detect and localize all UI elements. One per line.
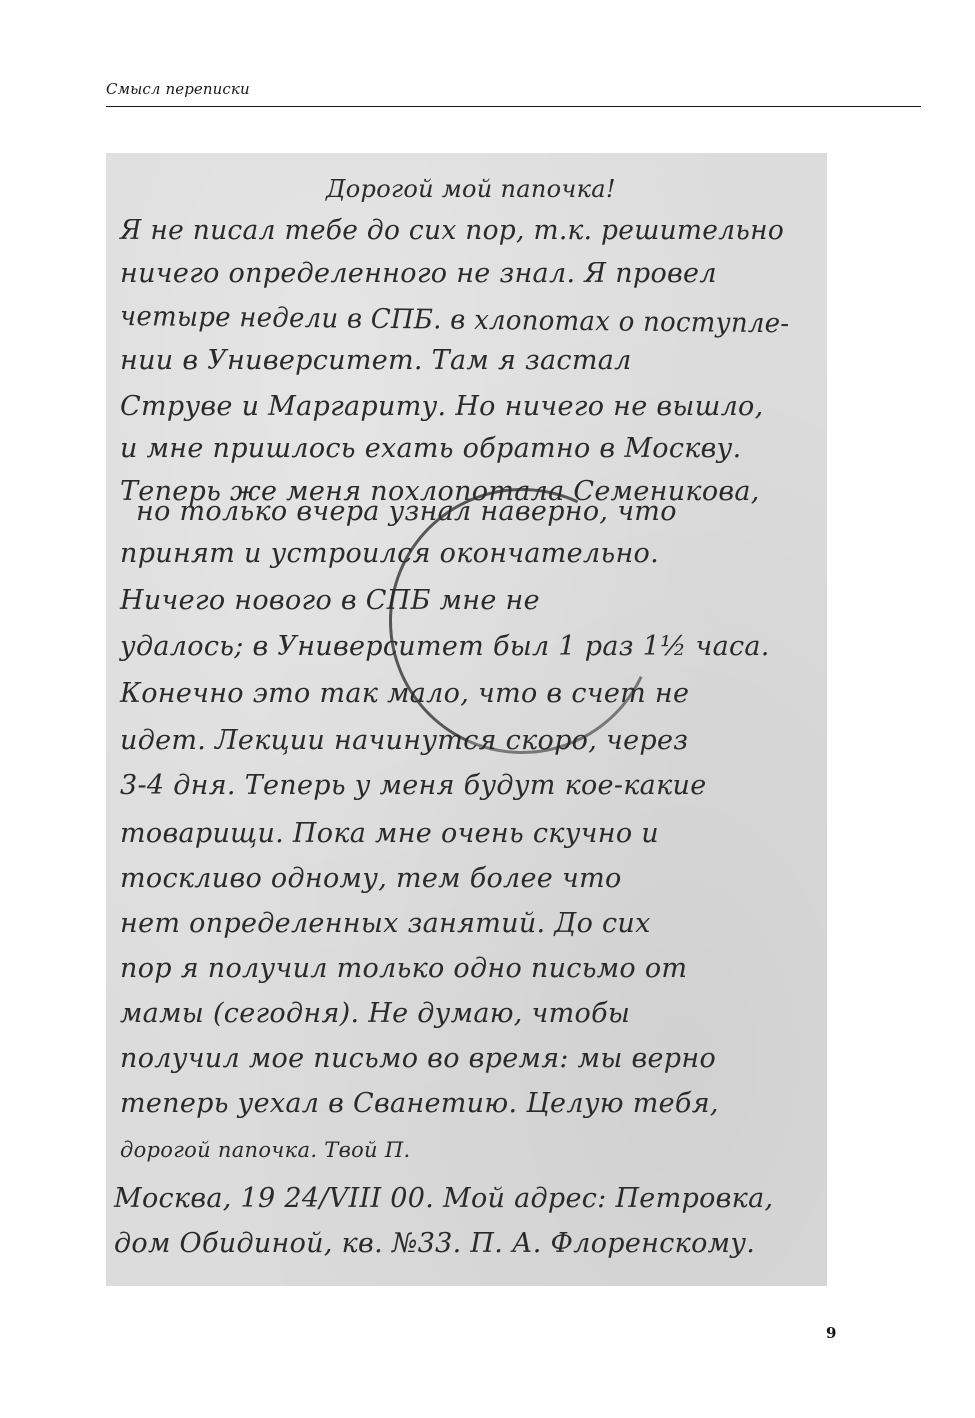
letter-line: товарищи. Пока мне очень скучно и xyxy=(120,818,659,849)
letter-line: Ничего нового в СПБ мне не xyxy=(120,585,540,616)
letter-line: мамы (сегодня). Не думаю, чтобы xyxy=(120,998,630,1029)
letter-line: пор я получил только одно письмо от xyxy=(120,953,687,984)
page-number: 9 xyxy=(826,1324,836,1342)
letter-line: теперь уехал в Сванетию. Целую тебя, xyxy=(120,1088,719,1119)
letter-line: но только вчера узнал наверно, что xyxy=(136,496,677,527)
letter-line: удалось; в Университет был 1 раз 1½ часа… xyxy=(120,631,770,662)
letter-line: тоскливо одному, тем более что xyxy=(120,863,622,894)
letter-line: нии в Университет. Там я застал xyxy=(120,345,632,376)
letter-line: принят и устроился окончательно. xyxy=(120,538,659,569)
letter-address-date: Москва, 19 24/VIII 00. Мой адрес: Петров… xyxy=(114,1183,773,1214)
letter-line: ничего определенного не знал. Я провел xyxy=(120,258,717,289)
header-rule xyxy=(106,106,921,107)
letter-greeting: Дорогой мой папочка! xyxy=(326,175,616,203)
letter-signature: дорогой папочка. Твой П. xyxy=(120,1138,410,1162)
letter-line: идет. Лекции начинутся скоро, через xyxy=(120,725,688,756)
letter-line: и мне пришлось ехать обратно в Москву. xyxy=(120,433,742,464)
letter-line: 3-4 дня. Теперь у меня будут кое-какие xyxy=(120,770,706,801)
letter-line: нет определенных занятий. До сих xyxy=(120,908,651,939)
letter-line: Конечно это так мало, что в счет не xyxy=(120,678,689,709)
letter-line: Струве и Маргариту. Но ничего не вышло, xyxy=(120,391,764,422)
letter-line: четыре недели в СПБ. в хлопотах о поступ… xyxy=(120,301,790,339)
letter-line: получил мое письмо во время: мы верно xyxy=(120,1043,716,1074)
letter-line: Я не писал тебе до сих пор, т.к. решител… xyxy=(120,215,784,246)
letter-address: дом Обидиной, кв. №33. П. А. Флоренскому… xyxy=(114,1228,755,1259)
running-head-title: Смысл переписки xyxy=(106,80,250,98)
handwritten-letter-photo: Дорогой мой папочка! Я не писал тебе до … xyxy=(106,153,827,1286)
